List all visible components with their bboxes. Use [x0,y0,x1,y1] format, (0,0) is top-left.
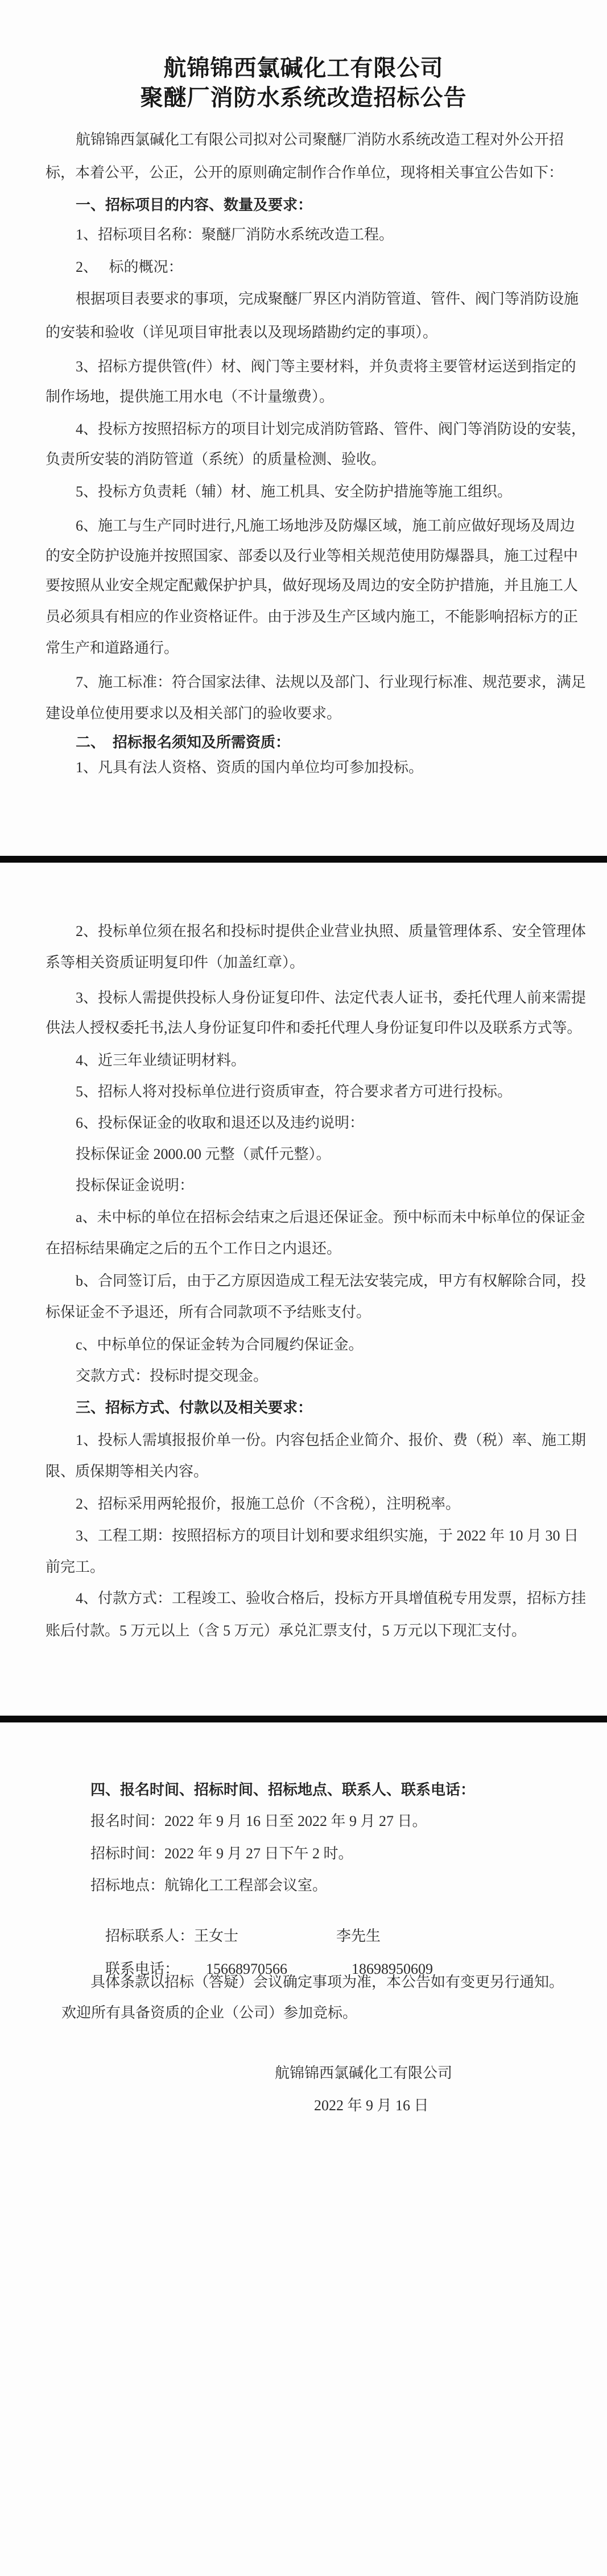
welcome-line: 欢迎所有具备资质的企业（公司）参加竞标。 [61,2004,357,2022]
doc-line: 投标保证金说明： [76,1177,194,1195]
doc-line: 5、投标方负责耗（辅）材、施工机具、安全防护措施等施工组织。 [76,483,512,501]
doc-line: 系等相关资质证明复印件（加盖红章）。 [46,954,304,972]
section-heading-1: 一、招标项目的内容、数量及要求： [76,196,312,214]
doc-line: a、未中标的单位在招标会结束之后退还保证金。预中标而未中标单位的保证金 [76,1208,585,1227]
footer-date: 2022 年 9 月 16 日 [314,2097,429,2115]
doc-line: 在招标结果确定之后的五个工作日之内退还。 [46,1240,341,1258]
section-heading-2: 二、 招标报名须知及所需资质： [76,734,290,752]
doc-line: 账后付款。5 万元以上（含 5 万元）承兑汇票支付，5 万元以下现汇支付。 [46,1622,526,1640]
page-separator [0,1716,607,1722]
doc-line: 限、质保期等相关内容。 [46,1463,208,1481]
doc-line: 常生产和道路通行。 [46,639,179,657]
bid-location-line: 招标地点：航锦化工工程部会议室。 [90,1877,327,1895]
doc-line: 前完工。 [46,1558,105,1576]
doc-line: 1、凡具有法人资格、资质的国内单位均可参加投标。 [76,759,423,777]
doc-line: 的安全防护设施并按照国家、部委以及行业等相关规范使用防爆器具，施工过程中 [46,547,578,565]
doc-line: 6、施工与生产同时进行,凡施工场地涉及防爆区域，施工前应做好现场及周边 [76,517,575,535]
doc-line: 3、招标方提供管(件）材、阀门等主要材料，并负责将主要管材运送到指定的 [76,358,576,376]
doc-line: 根据项目表要求的事项，完成聚醚厂界区内消防管道、管件、阀门等消防设施 [76,290,579,308]
doc-line: 4、近三年业绩证明材料。 [76,1051,246,1070]
doc-line: 建设单位使用要求以及相关部门的验收要求。 [46,705,341,723]
doc-line: 1、投标人需填报报价单一份。内容包括企业简介、报价、费（税）率、施工期 [76,1431,586,1449]
doc-line: 4、投标方按照招标方的项目计划完成消防管路、管件、阀门等消防设的安装， [76,420,586,438]
doc-line: 的安装和验收（详见项目审批表以及现场踏勘约定的事项）。 [46,324,437,342]
doc-line: 5、招标人将对投标单位进行资质审查，符合要求者方可进行投标。 [76,1083,512,1101]
footer-company: 航锦锦西氯碱化工有限公司 [275,2064,452,2082]
doc-line: 投标保证金 2000.00 元整（贰仟元整）。 [76,1145,331,1163]
doc-line: 交款方式：投标时提交现金。 [76,1367,268,1385]
doc-line: 标保证金不予退还，所有合同款项不予结账支付。 [46,1303,371,1322]
intro-line: 标，本着公平，公正，公开的原则确定制作合作单位，现将相关事宜公告如下： [46,164,563,182]
page-title-line2: 聚醚厂消防水系统改造招标公告 [0,80,607,112]
doc-line: 2、 标的概况： [76,258,183,276]
doc-line: 2、招标采用两轮报价，报施工总价（不含税），注明税率。 [76,1495,460,1513]
page-separator [0,856,607,863]
doc-line: 要按照从业安全规定配戴保护护具，做好现场及周边的安全防护措施，并且施工人 [46,577,578,595]
doc-line: 制作场地，提供施工用水电（不计量缴费）。 [46,388,334,406]
section-heading-3: 三、招标方式、付款以及相关要求： [76,1399,312,1417]
doc-line: 负责所安装的消防管道（系统）的质量检测、验收。 [46,450,386,469]
doc-line: 供法人授权委托书,法人身份证复印件和委托代理人身份证复印件以及联系方式等。 [46,1019,582,1037]
intro-line: 航锦锦西氯碱化工有限公司拟对公司聚醚厂消防水系统改造工程对外公开招 [76,131,564,149]
doc-line: 1、招标项目名称：聚醚厂消防水系统改造工程。 [76,226,394,244]
page-title-line1: 航锦锦西氯碱化工有限公司 [0,50,607,82]
doc-line: 员必须具有相应的作业资格证件。由于涉及生产区域内施工，不能影响招标方的正 [46,608,578,626]
bid-time-line: 招标时间：2022 年 9 月 27 日下午 2 时。 [90,1845,353,1863]
terms-note-line: 具体条款以招标（答疑）会议确定事项为准，本公告如有变更另行通知。 [90,1973,564,1991]
doc-line: 7、施工标准：符合国家法律、法规以及部门、行业现行标准、规范要求，满足 [76,673,586,691]
section-heading-4: 四、报名时间、招标时间、招标地点、联系人、联系电话： [90,1781,475,1799]
doc-line: 2、投标单位须在报名和投标时提供企业营业执照、质量管理体系、安全管理体 [76,922,586,941]
signup-time-line: 报名时间：2022 年 9 月 16 日至 2022 年 9 月 27 日。 [90,1812,427,1830]
document-page: 航锦锦西氯碱化工有限公司 聚醚厂消防水系统改造招标公告 航锦锦西氯碱化工有限公司… [0,0,607,2576]
doc-line: 4、付款方式：工程竣工、验收合格后，投标方开具增值税专用发票，招标方挂 [76,1589,586,1608]
doc-line: b、合同签订后，由于乙方原因造成工程无法安装完成，甲方有权解除合同，投 [76,1272,586,1290]
doc-line: c、中标单位的保证金转为合同履约保证金。 [76,1336,364,1354]
doc-line: 3、投标人需提供投标人身份证复印件、法定代表人证书，委托代理人前来需提 [76,989,586,1007]
doc-line: 3、工程工期：按照招标方的项目计划和要求组织实施，于 2022 年 10 月 3… [76,1527,579,1545]
doc-line: 6、投标保证金的收取和退还以及违约说明： [76,1114,364,1132]
